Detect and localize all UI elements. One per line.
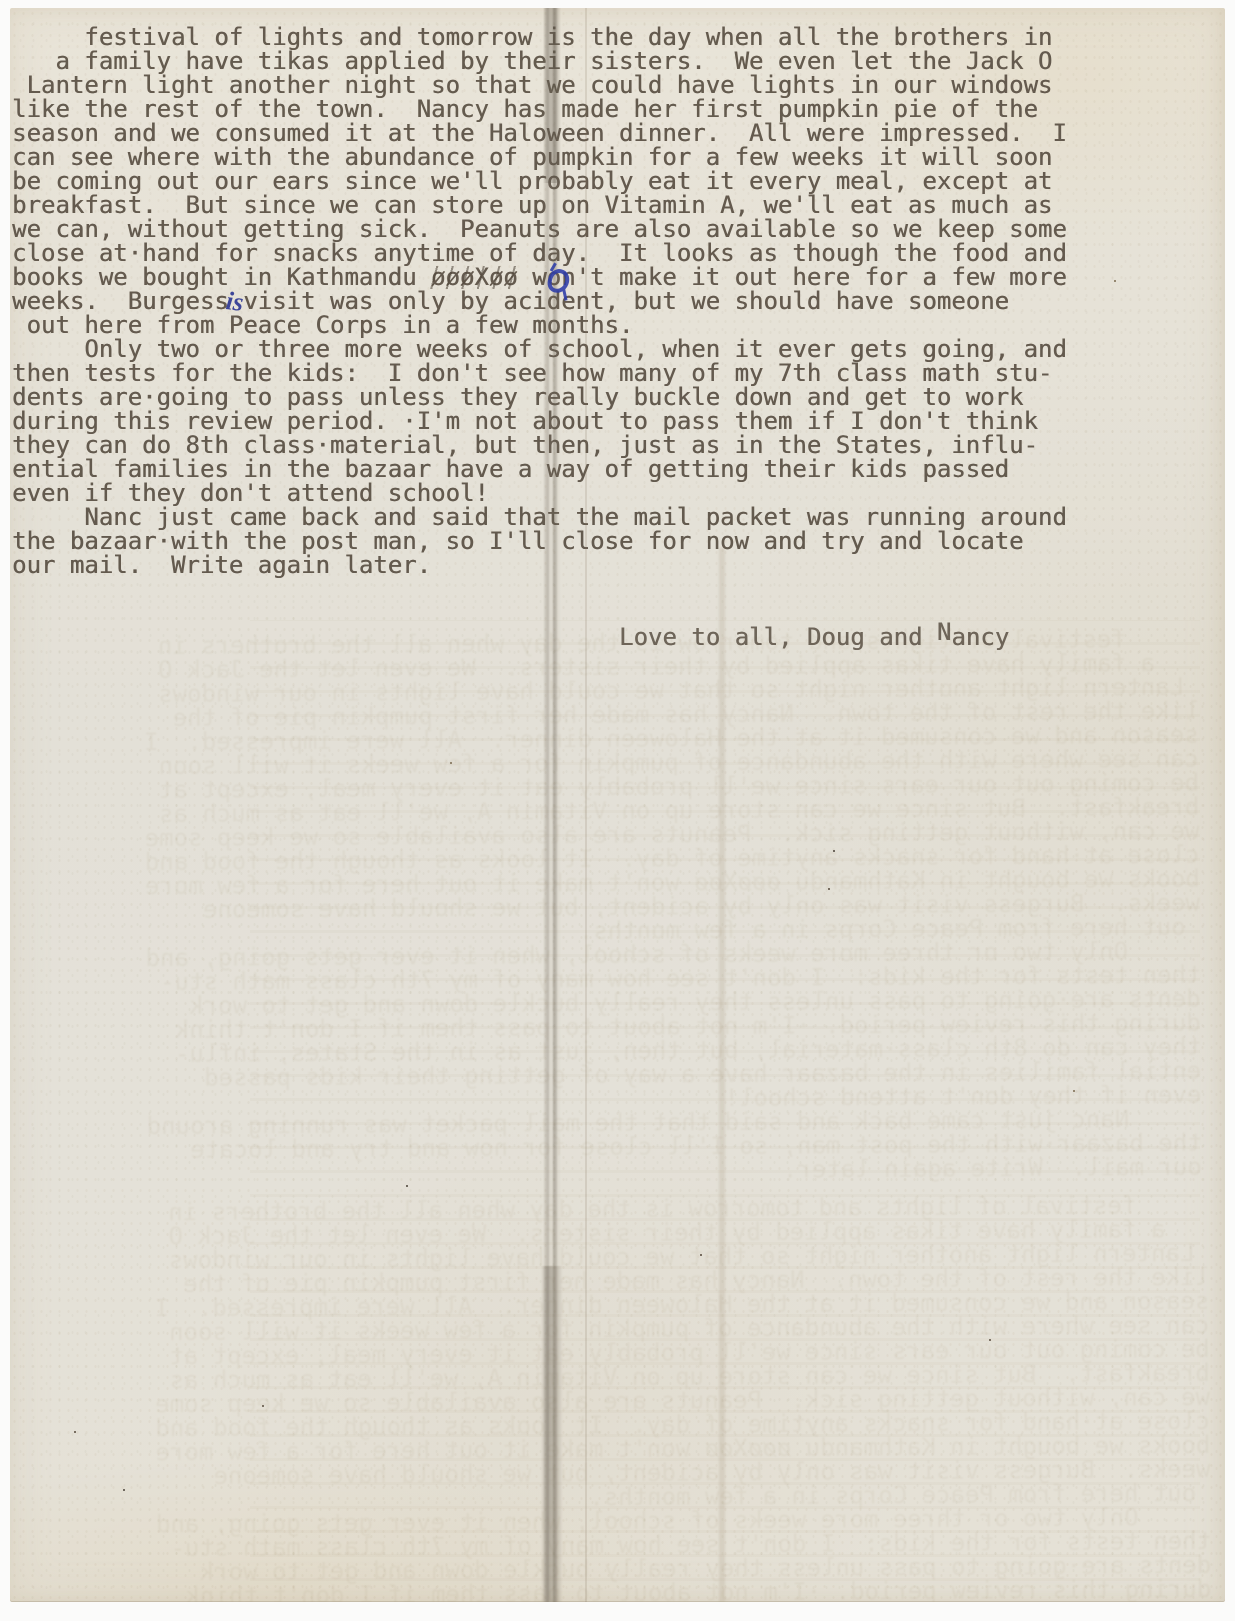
letter-line: be coming out our ears since we'll proba… <box>12 169 1067 193</box>
letter-line: weeks. Burgess visit was only by acident… <box>260 891 1200 922</box>
fold-crease-top-segment <box>543 8 561 183</box>
fold-crease-bottom-segment <box>541 1266 563 1602</box>
letter-line: breakfast. But since we can store up on … <box>259 795 1199 826</box>
letter-line: Only two or three more weeks of school, … <box>12 337 1067 361</box>
letter-line: then tests for the kids: I don't see how… <box>12 361 1067 385</box>
letter-line: festival of lights and tomorrow is the d… <box>12 25 1067 49</box>
letter-line: they can do 8th class·material, but then… <box>261 1035 1201 1066</box>
letter-line: Nanc just came back and said that the ma… <box>12 505 1067 529</box>
letter-line: even if they don't attend school! <box>261 1083 1201 1114</box>
letter-line: dents are·going to pass unless they real… <box>331 1553 1211 1583</box>
letter-line: we can, without getting sick. Peanuts ar… <box>259 819 1199 850</box>
bleed-through-line-shading <box>250 620 1200 1600</box>
fold-crease-thin-line <box>585 8 587 1602</box>
letter-line: books we bought in Kathmandu øøøXøø won'… <box>330 1433 1210 1463</box>
letter-line: dents are·going to pass unless they real… <box>12 385 1067 409</box>
letter-line: the bazaar·with the post man, so I'll cl… <box>262 1131 1202 1162</box>
bleed-through-text-upper: festival of lights and tomorrow is the d… <box>258 627 1202 1186</box>
letter-line: out here from Peace Corps in a few month… <box>12 313 1067 337</box>
fold-crease-soft-band <box>719 548 725 1602</box>
letter-line: close at·hand for snacks anytime of day.… <box>12 241 1067 265</box>
letter-line: during this review period. ·I'm not abou… <box>12 409 1067 433</box>
letter-line: weeks. Burgess visit was only by acident… <box>330 1457 1210 1487</box>
letter-line: out here from Peace Corps in a few month… <box>260 915 1200 946</box>
bleed-through-text-lower: festival of lights and tomorrow is the d… <box>329 1193 1212 1602</box>
letter-line: can see where with the abundance of pump… <box>259 747 1199 778</box>
letter-line: Nanc just came back and said that the ma… <box>261 1107 1201 1138</box>
letter-line: can see where with the abundance of pump… <box>329 1313 1209 1343</box>
letter-line: a family have tikas applied by their sis… <box>258 651 1198 682</box>
scanned-letter-page: festival of lights and tomorrow is the d… <box>0 0 1235 1621</box>
letter-line: a family have tikas applied by their sis… <box>12 49 1067 73</box>
letter-line: a family have tikas applied by their sis… <box>329 1217 1209 1247</box>
letter-line: during this review period. ·I'm not abou… <box>331 1577 1211 1602</box>
closing-signature-line: Love to all, Doug and Nancy <box>619 625 1009 649</box>
letter-line: festival of lights and tomorrow is the d… <box>329 1193 1209 1223</box>
raised-capital-n: N <box>937 620 951 644</box>
letter-line: Lantern light another night so that we c… <box>329 1241 1209 1271</box>
letter-line: like the rest of the town. Nancy has mad… <box>12 97 1067 121</box>
letter-line: breakfast. But since we can store up on … <box>12 193 1067 217</box>
letter-line: out here from Peace Corps in a few month… <box>331 1481 1211 1511</box>
letter-line: we can, without getting sick. Peanuts ar… <box>12 217 1067 241</box>
letter-line: season and we consumed it at the Halowee… <box>329 1289 1209 1319</box>
letter-line: the bazaar·with the post man, so I'll cl… <box>12 529 1067 553</box>
letter-line: season and we consumed it at the Halowee… <box>259 723 1199 754</box>
dust-specks <box>833 850 835 852</box>
letter-line: dents are·going to pass unless they real… <box>261 987 1201 1018</box>
letter-line: even if they don't attend school! <box>12 481 1067 505</box>
letter-line: Lantern light another night so that we c… <box>258 675 1198 706</box>
letter-line: books we bought in Kathmandu øøøXøø won'… <box>260 867 1200 898</box>
letter-line: they can do 8th class·material, but then… <box>12 433 1067 457</box>
closing-text: Love to all, Doug and <box>619 623 937 651</box>
letter-line: our mail. Write again later. <box>262 1155 1202 1186</box>
letter-line: Only two or three more weeks of school, … <box>260 939 1200 970</box>
letter-line: during this review period. ·I'm not abou… <box>261 1011 1201 1042</box>
letter-line: be coming out our ears since we'll proba… <box>330 1337 1210 1367</box>
letter-line: close at·hand for snacks anytime of day.… <box>330 1409 1210 1439</box>
letter-body-text: festival of lights and tomorrow is the d… <box>12 25 1067 577</box>
letter-line: like the rest of the town. Nancy has mad… <box>329 1265 1209 1295</box>
letter-line: ential families in the bazaar have a way… <box>12 457 1067 481</box>
letter-line: Lantern light another night so that we c… <box>12 73 1067 97</box>
letter-line: then tests for the kids: I don't see how… <box>331 1529 1211 1559</box>
letter-line: our mail. Write again later. <box>12 553 1067 577</box>
paper-sheet: festival of lights and tomorrow is the d… <box>10 8 1225 1602</box>
closing-text-rest: ancy <box>951 623 1009 651</box>
letter-line: like the rest of the town. Nancy has mad… <box>259 699 1199 730</box>
letter-line: Only two or three more weeks of school, … <box>331 1505 1211 1535</box>
letter-line: breakfast. But since we can store up on … <box>330 1361 1210 1391</box>
letter-line: then tests for the kids: I don't see how… <box>260 963 1200 994</box>
typed-strikeout-slashes <box>428 266 522 289</box>
letter-line: weeks. Burgess visit was only by acident… <box>12 289 1067 313</box>
letter-line: ential families in the bazaar have a way… <box>261 1059 1201 1090</box>
letter-line: can see where with the abundance of pump… <box>12 145 1067 169</box>
letter-line: season and we consumed it at the Halowee… <box>12 121 1067 145</box>
letter-line: we can, without getting sick. Peanuts ar… <box>330 1385 1210 1415</box>
letter-line: books we bought in Kathmandu øøøXøø won'… <box>12 265 1067 289</box>
blue-ink-insertion-mark: is <box>224 288 244 316</box>
letter-line: be coming out our ears since we'll proba… <box>259 771 1199 802</box>
letter-line: close at·hand for snacks anytime of day.… <box>260 843 1200 874</box>
